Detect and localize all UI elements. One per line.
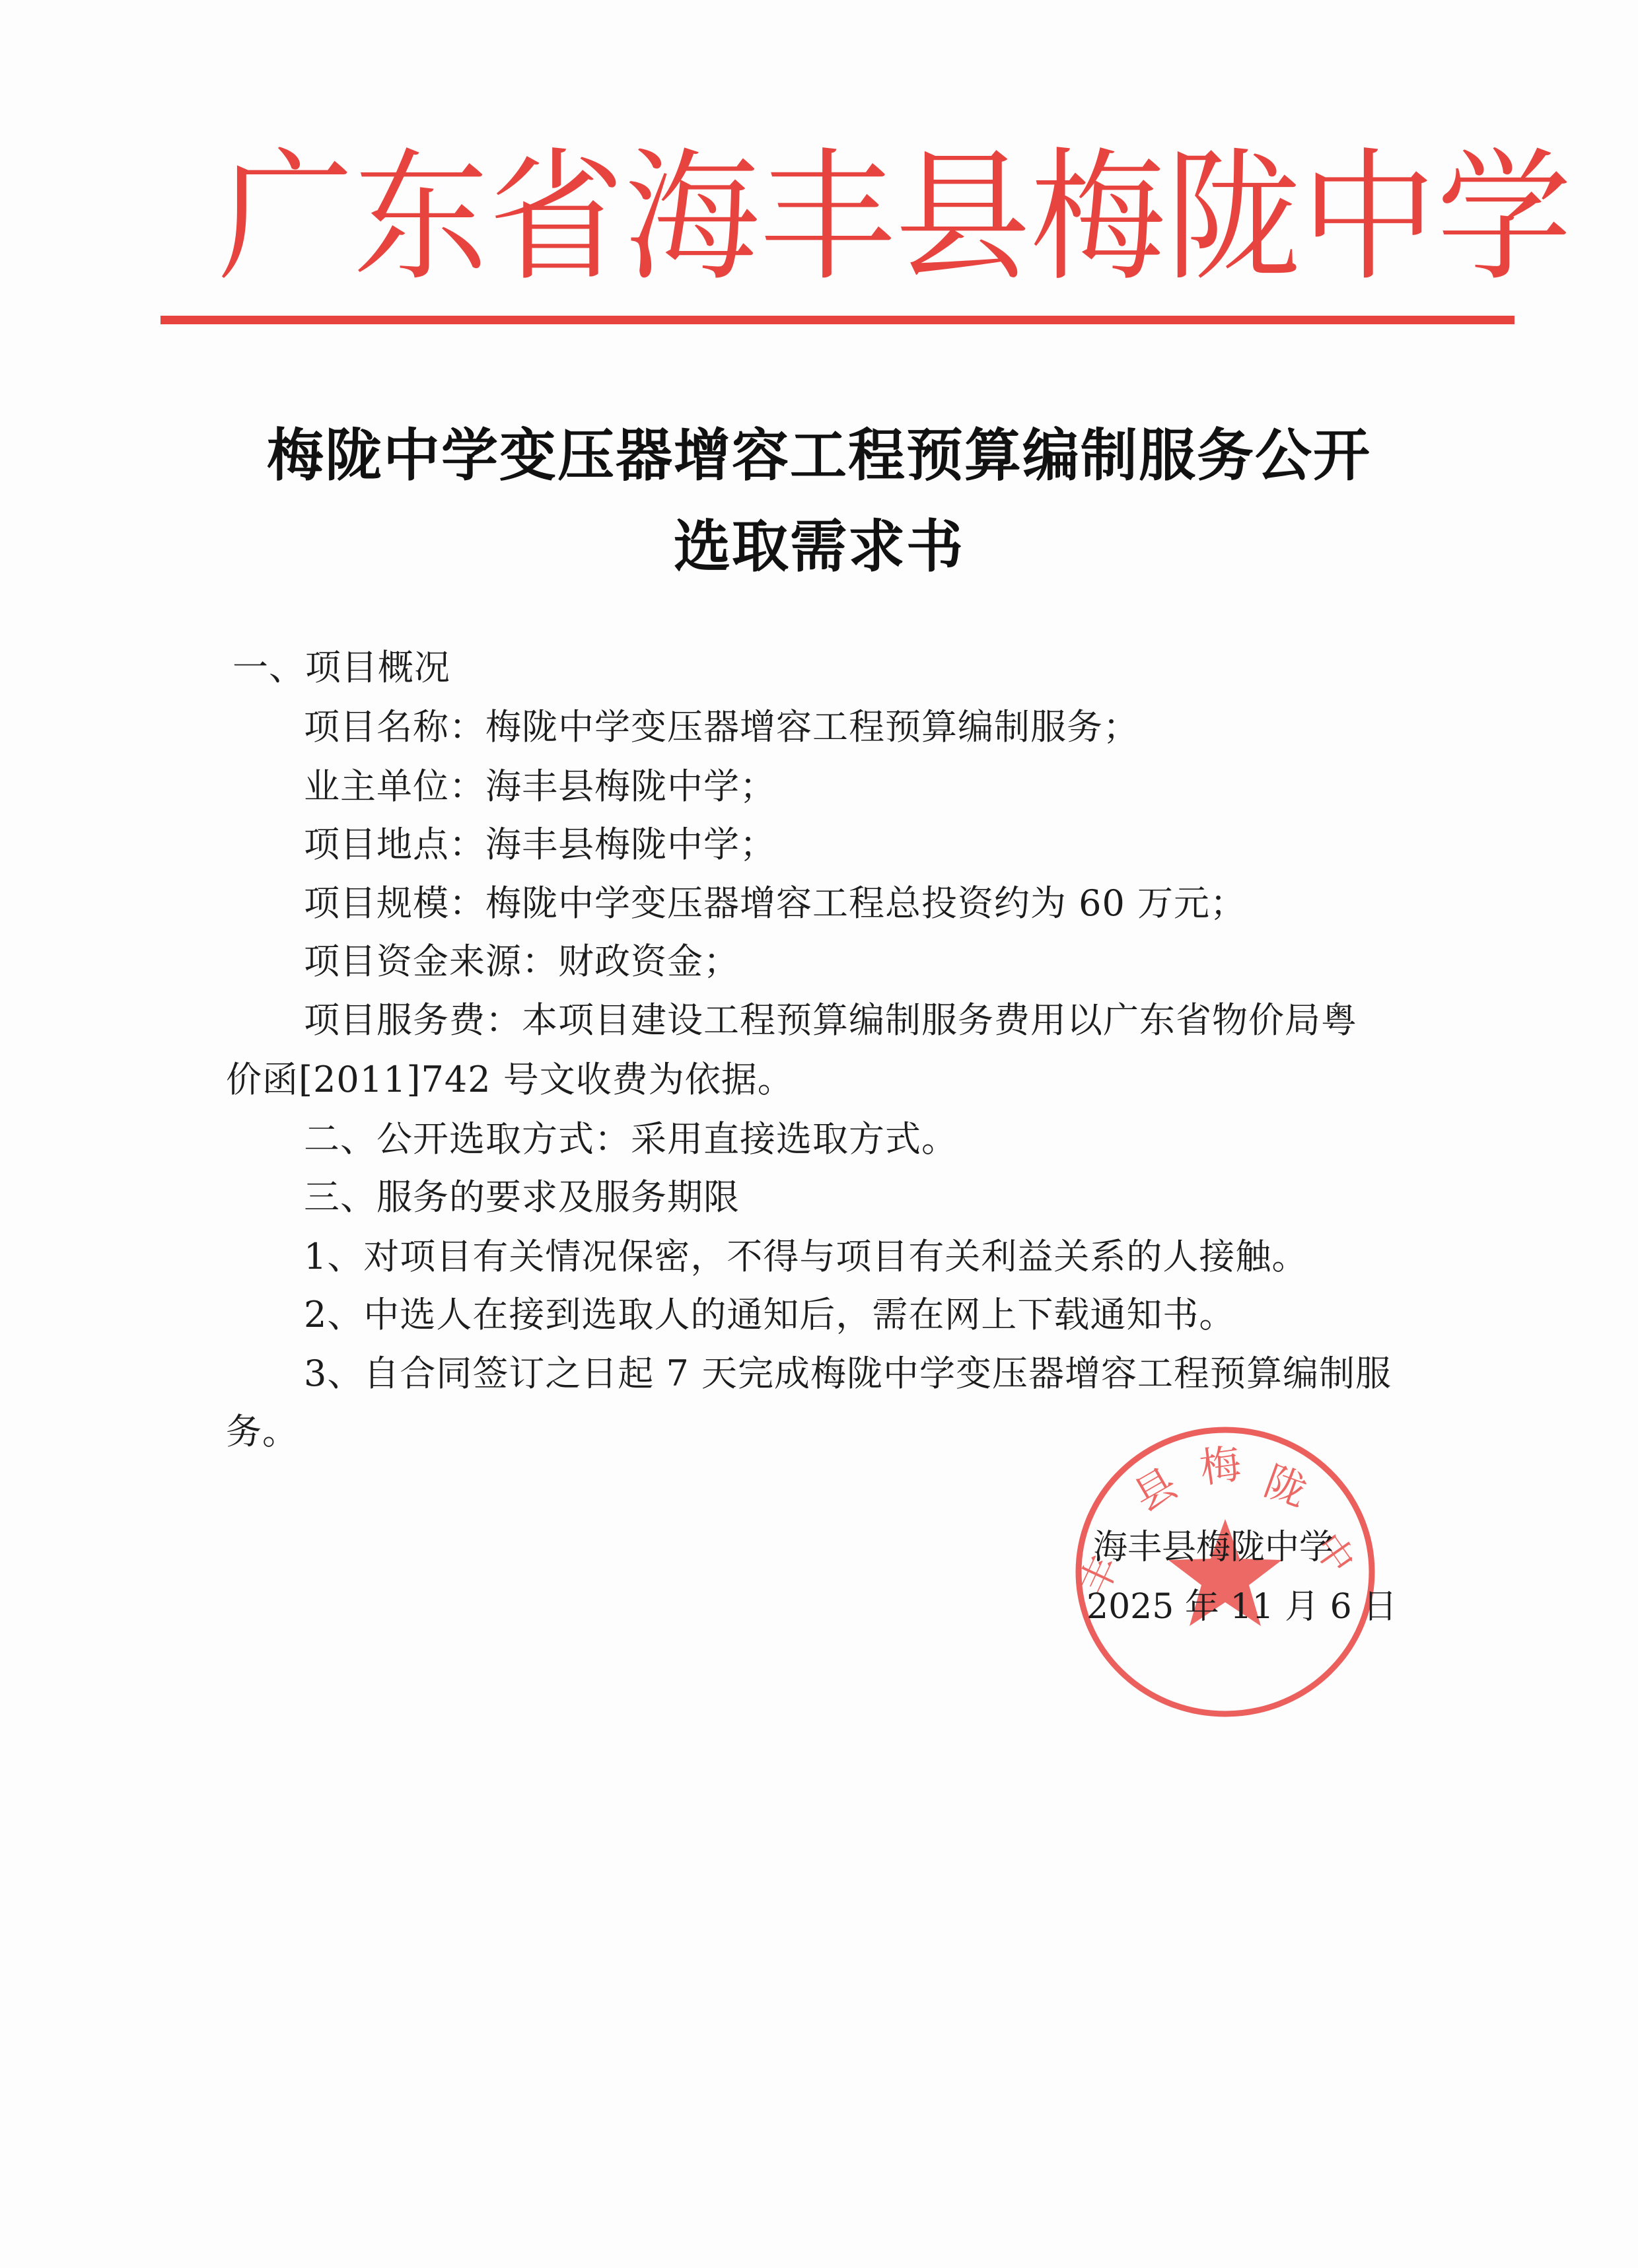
masthead-char: 中 bbox=[1301, 147, 1437, 289]
official-seal: 县 梅 陇 中 丰 bbox=[1067, 1420, 1384, 1724]
masthead: 广 东 省 海 丰 县 梅 陇 中 学 bbox=[218, 142, 1466, 294]
project-fee-line-2: 价函[2011]742 号文收费为依据。 bbox=[226, 1051, 794, 1102]
requirement-3-line-2: 务。 bbox=[226, 1403, 299, 1454]
signatory-org: 海丰县梅陇中学 bbox=[1093, 1519, 1334, 1569]
svg-text:陇: 陇 bbox=[1258, 1456, 1313, 1516]
requirement-2: 2、中选人在接到选取人的通知后，需在网上下载通知书。 bbox=[304, 1287, 1235, 1337]
project-fee-line-1: 项目服务费：本项目建设工程预算编制服务费用以广东省物价局粤 bbox=[304, 992, 1357, 1043]
section-2: 二、公开选取方式：采用直接选取方式。 bbox=[304, 1111, 958, 1162]
document-title-line-1: 梅陇中学变压器增容工程预算编制服务公开 bbox=[0, 409, 1638, 491]
masthead-divider bbox=[160, 316, 1514, 324]
svg-text:梅: 梅 bbox=[1197, 1439, 1244, 1493]
masthead-char: 海 bbox=[624, 147, 760, 289]
requirement-3-line-1: 3、自合同签订之日起 7 天完成梅陇中学变压器增容工程预算编制服 bbox=[304, 1345, 1392, 1396]
masthead-char: 丰 bbox=[760, 147, 895, 289]
project-location: 项目地点：海丰县梅陇中学； bbox=[304, 816, 776, 867]
masthead-char: 梅 bbox=[1030, 147, 1166, 289]
masthead-char: 广 bbox=[218, 147, 353, 289]
masthead-char: 学 bbox=[1437, 147, 1572, 289]
svg-text:县: 县 bbox=[1125, 1459, 1185, 1521]
masthead-char: 陇 bbox=[1166, 147, 1301, 289]
document-title-line-2: 选取需求书 bbox=[0, 501, 1638, 583]
masthead-char: 省 bbox=[489, 147, 624, 289]
requirement-1: 1、对项目有关情况保密，不得与项目有关利益关系的人接触。 bbox=[304, 1228, 1308, 1279]
document-page: 广 东 省 海 丰 县 梅 陇 中 学 梅陇中学变压器增容工程预算编制服务公开 … bbox=[0, 0, 1638, 2268]
project-owner: 业主单位：海丰县梅陇中学； bbox=[304, 758, 776, 809]
project-scale: 项目规模：梅陇中学变压器增容工程总投资约为 60 万元； bbox=[304, 875, 1246, 926]
masthead-char: 县 bbox=[895, 147, 1030, 289]
masthead-char: 东 bbox=[353, 147, 489, 289]
project-name: 项目名称：梅陇中学变压器增容工程预算编制服务； bbox=[304, 699, 1139, 750]
signature-date: 2025 年 11 月 6 日 bbox=[1086, 1578, 1397, 1628]
project-funding: 项目资金来源：财政资金； bbox=[304, 933, 740, 984]
section-3-heading: 三、服务的要求及服务期限 bbox=[304, 1169, 740, 1220]
section-1-heading: 一、项目概况 bbox=[232, 639, 450, 690]
seal-graphic: 县 梅 陇 中 丰 bbox=[1067, 1420, 1384, 1724]
